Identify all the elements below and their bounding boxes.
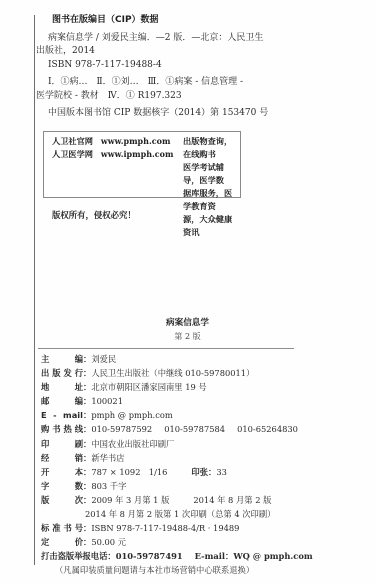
phone-number: 010-59787592	[91, 424, 152, 434]
cip-bibliographic-line-1: 病案信息学 / 刘爱民主编．—2 版．—北京：人民卫生	[36, 32, 296, 46]
cip-record-number: 中国版本图书馆 CIP 数据核字（2014）第 153470 号	[36, 107, 296, 121]
piracy-phone: 010-59787491	[116, 551, 183, 561]
services-line: 医学考试辅导，医学数	[183, 161, 239, 187]
colophon-row-price: 定价：50.00 元	[41, 535, 371, 549]
field-label: 打击盗版举报电话	[41, 549, 107, 563]
piracy-email-link[interactable]: WQ @ pmph.com	[233, 551, 312, 561]
field-label: 印张	[191, 465, 208, 479]
website-row: 人卫医学网 www.ipmph.com	[52, 148, 173, 161]
book-edition: 第 2 版	[0, 331, 375, 342]
field-label: 版次	[41, 493, 83, 507]
cip-bibliographic-line-2: 出版社，2014	[36, 45, 296, 59]
colophon-row-standard-book-number: 标准书号：ISBN 978-7-117-19488-4/R · 19489	[41, 521, 371, 535]
cip-title: 图书在版编目（CIP）数据	[52, 14, 296, 28]
copyright-page: 图书在版编目（CIP）数据 病案信息学 / 刘爱民主编．—2 版．—北京：人民卫…	[0, 0, 375, 585]
email-link[interactable]: pmph @ pmph.com	[91, 410, 172, 420]
quality-return-notice: （凡属印装质量问题请与本社市场营销中心联系退换）	[41, 563, 371, 577]
field-label: 标准书号	[41, 521, 83, 535]
cip-data-block: 图书在版编目（CIP）数据 病案信息学 / 刘爱民主编．—2 版．—北京：人民卫…	[36, 14, 296, 121]
website-list: 人卫社官网 www.pmph.com 人卫医学网 www.ipmph.com	[52, 135, 173, 161]
colophon-row-postcode: 邮编：100021	[41, 394, 371, 408]
website-url-link[interactable]: www.ipmph.com	[101, 148, 174, 161]
field-value: 2014 年 8 月第 2 版	[193, 495, 271, 505]
services-line: 出版物查询，在线购书	[183, 135, 239, 161]
field-label: 经销	[41, 451, 83, 465]
field-value: 新华书店	[91, 453, 124, 463]
colophon-row-word-count: 字数：803 千字	[41, 479, 371, 493]
colophon-row-publisher: 出版发行：人民卫生出版社（中继线 010-59780011）	[41, 366, 371, 380]
colophon-row-printer: 印刷：中国农业出版社印刷厂	[41, 437, 371, 451]
field-label: 出版发行	[41, 366, 83, 380]
website-url-link[interactable]: www.pmph.com	[101, 135, 171, 148]
field-label: 主编	[41, 352, 83, 366]
colophon-row-hotline: 购书热线：010-59787592010-59787584010-6526483…	[41, 422, 371, 436]
field-value: ISBN 978-7-117-19488-4/R · 19489	[91, 523, 239, 533]
field-value: 刘爱民	[91, 354, 116, 364]
colophon-row-edition-history: 版次：2009 年 3 月第 1 版2014 年 8 月第 2 版	[41, 493, 371, 507]
field-label: 邮编	[41, 394, 83, 408]
colophon-row-format: 开本：787 × 1092 1/16印张：33	[41, 465, 371, 479]
colophon-divider	[38, 348, 294, 349]
colophon-row-edition-history-continued: 2014 年 8 月第 2 版第 1 次印刷（总第 4 次印刷）	[41, 507, 371, 521]
cip-isbn: ISBN 978-7-117-19488-4	[36, 59, 296, 73]
field-label: 印刷	[41, 437, 83, 451]
field-label: 购书热线	[41, 422, 83, 436]
field-label: E - mail	[41, 408, 83, 422]
field-value: 33	[216, 467, 227, 477]
field-value: 2014 年 8 月第 2 版第 1 次印刷（总第 4 次印刷）	[85, 509, 275, 519]
left-margin-rule	[34, 15, 35, 565]
field-value: 803 千字	[91, 481, 126, 491]
website-row: 人卫社官网 www.pmph.com	[52, 135, 173, 148]
colophon-row-editor: 主编：刘爱民	[41, 352, 371, 366]
field-value: 50.00 元	[91, 537, 126, 547]
field-label: E-mail	[195, 551, 225, 561]
field-value: 北京市朝阳区潘家园南里 19 号	[91, 382, 206, 392]
colophon-row-piracy-report: 打击盗版举报电话：010-59787491E-mail：WQ @ pmph.co…	[41, 549, 371, 563]
field-value: 中国农业出版社印刷厂	[91, 439, 174, 449]
field-label: 定价	[41, 535, 83, 549]
copyright-notice: 版权所有，侵权必究！	[52, 209, 136, 221]
colophon: 主编：刘爱民 出版发行：人民卫生出版社（中继线 010-59780011） 地址…	[41, 352, 371, 578]
website-name: 人卫医学网	[52, 148, 98, 161]
phone-number: 010-65264830	[237, 424, 298, 434]
field-label: 地址	[41, 380, 83, 394]
field-value: 人民卫生出版社（中继线 010-59780011）	[91, 368, 254, 378]
website-services-description: 出版物查询，在线购书 医学考试辅导，医学数 据库服务，医学教育资 源，大众健康资…	[183, 135, 239, 239]
colophon-row-address: 地址：北京市朝阳区潘家园南里 19 号	[41, 380, 371, 394]
colophon-row-email: E - mail：pmph @ pmph.com	[41, 408, 371, 422]
field-label: 字数	[41, 479, 83, 493]
publisher-websites-box: 人卫社官网 www.pmph.com 人卫医学网 www.ipmph.com 出…	[43, 131, 241, 198]
field-value: 100021	[91, 396, 123, 406]
cip-classification-line-2: 医学院校 - 教材 Ⅳ．① R197.323	[36, 90, 296, 104]
field-value: 2009 年 3 月第 1 版	[91, 495, 169, 505]
field-label: 开本	[41, 465, 83, 479]
website-name: 人卫社官网	[52, 135, 98, 148]
field-value: 787 × 1092 1/16	[91, 467, 167, 477]
services-line: 据库服务，医学教育资	[183, 187, 239, 213]
phone-number: 010-59787584	[164, 424, 225, 434]
services-line: 源，大众健康资讯	[183, 213, 239, 239]
colophon-row-distributor: 经销：新华书店	[41, 451, 371, 465]
cip-classification-line-1: Ⅰ．①病… Ⅱ．①刘… Ⅲ．①病案 - 信息管理 -	[36, 76, 296, 90]
book-title: 病案信息学	[0, 316, 375, 328]
